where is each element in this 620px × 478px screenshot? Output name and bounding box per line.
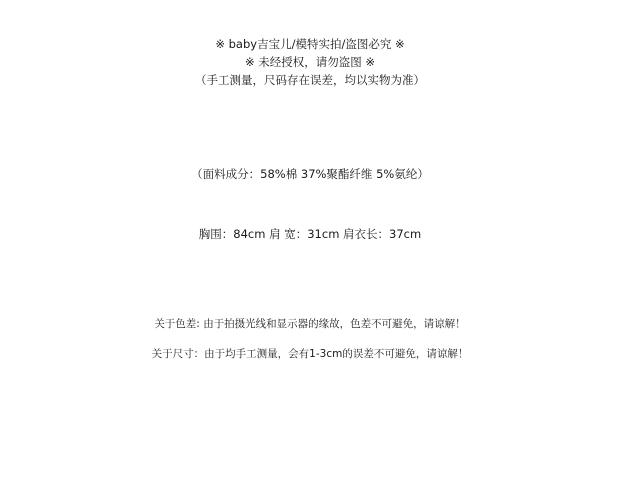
copyright-line: ※ baby吉宝儿/模特实拍/盗图必究 ※ <box>0 36 620 52</box>
authorization-notice: ※ 未经授权，请勿盗图 ※ <box>0 54 620 70</box>
color-difference-note: 关于色差: 由于拍摄光线和显示器的缘故，色差不可避免，请谅解！ <box>0 316 620 331</box>
size-measurements: 胸围：84cm 肩 宽：31cm 肩衣长：37cm <box>0 226 620 242</box>
measurement-disclaimer: （手工测量，尺码存在误差，均以实物为准） <box>0 72 620 88</box>
size-difference-note: 关于尺寸：由于均手工测量，会有1-3cm的误差不可避免，请谅解！ <box>0 346 620 361</box>
fabric-composition: （面料成分：58%棉 37%聚酯纤维 5%氨纶） <box>0 166 620 182</box>
